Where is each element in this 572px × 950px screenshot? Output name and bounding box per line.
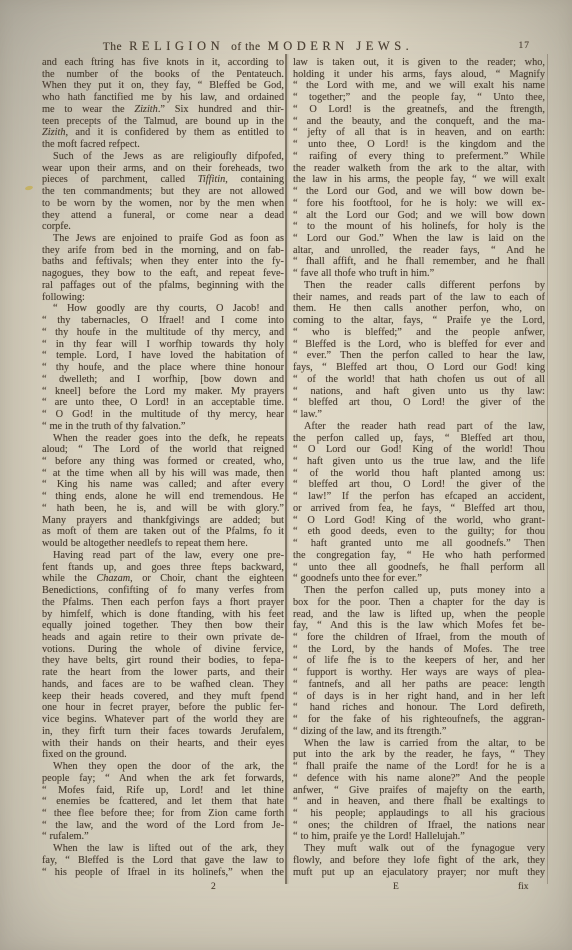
text-line: “ his people; applaudings to all his gra… xyxy=(293,808,545,820)
text-line: “ fhall affift, and he fhall remember, a… xyxy=(293,256,545,268)
text-line: “ unto thee, O Lord! is the kingdom and … xyxy=(293,139,545,151)
text-line: “ King his name was called; and after ev… xyxy=(42,479,284,491)
text-line: “ fore his footftool, for he is holy: we… xyxy=(293,198,545,210)
text-line: box for the poor. Then a chapter for the… xyxy=(293,597,545,609)
text-line: pieces of parchment, called Tiffitin, co… xyxy=(42,174,284,186)
text-line: “ haft given unto us the true law, and t… xyxy=(293,456,545,468)
text-line: “ before any thing was formed or created… xyxy=(42,456,284,468)
text-line: “ thy houfe, and the place where thine h… xyxy=(42,362,284,374)
text-line: fay, “ Bleffed is the Lord that gave the… xyxy=(42,855,284,867)
text-line: “ bleffed art thou, O Lord! the giver of… xyxy=(293,479,545,491)
text-line: corpfe. xyxy=(42,221,284,233)
text-line: “ Lord our God.” When the law is laid on… xyxy=(293,233,545,245)
text-line: while the Chazam, or Choir, chant the ei… xyxy=(42,573,284,585)
text-line: equally joined together. They then bow t… xyxy=(42,620,284,632)
text-line: “ thy tabernacles, O Ifrael! and I come … xyxy=(42,315,284,327)
text-line: the perfon called up, fays, “ Bleffed ar… xyxy=(293,433,545,445)
running-head: The RELIGION of the MODERN JEWS. xyxy=(42,37,545,55)
text-line: “ thee flee before thee; for from Zion c… xyxy=(42,808,284,820)
text-line: Such of the Jews as are religioufly difp… xyxy=(42,151,284,163)
text-line: “ O God! in the multitude of thy mercy, … xyxy=(42,409,284,421)
running-head-title-2: MODERN JEWS. xyxy=(268,39,414,53)
text-line: Then the perfon called up, puts money in… xyxy=(293,585,545,597)
text-line: or arrived from fea, he fays, “ Bleffed … xyxy=(293,503,545,515)
text-line: They muft walk out of the fynagogue very xyxy=(293,843,545,855)
text-line: “ at the time when all by his will was m… xyxy=(42,468,284,480)
text-line: “ nations, and haft given unto us thy la… xyxy=(293,386,545,398)
text-line: “ O Lord our God! King of the world! Tho… xyxy=(293,444,545,456)
text-line: “ fupport is worthy. Her ways are ways o… xyxy=(293,667,545,679)
text-line: When they put it on, they fay, “ Bleffed… xyxy=(42,80,284,92)
text-line: holding it under his arms, fays aloud, “… xyxy=(293,69,545,81)
text-line: “ me in the truth of thy falvation.” xyxy=(42,421,284,433)
text-line: in, they firft turn their faces towards … xyxy=(42,726,284,738)
text-line: the law in his arms, the people fay, “ w… xyxy=(293,174,545,186)
text-line: by himfelf, which is done ftanding, with… xyxy=(42,609,284,621)
text-line: to be worn by the women, nor by the men … xyxy=(42,198,284,210)
text-line: “ ones; the children of Ifrael, the nati… xyxy=(293,820,545,832)
text-line: ral paffages out of the pfalms, beginnin… xyxy=(42,280,284,292)
text-line: “ of days is in her right hand, and in h… xyxy=(293,691,545,703)
text-line: they attend a funeral, or come near a de… xyxy=(42,210,284,222)
text-line: “ eth good deeds, even to the guilty; fo… xyxy=(293,526,545,538)
text-line: “ enemies be fcattered, and let them tha… xyxy=(42,796,284,808)
text-line: “ Mofes faid, Rife up, Lord! and let thi… xyxy=(42,785,284,797)
text-line: “ alt the Lord our God; and we will bow … xyxy=(293,210,545,222)
text-line: Having read part of the law, every one p… xyxy=(42,550,284,562)
page-number: 17 xyxy=(519,41,531,51)
text-line: “ unto thee all goodnefs, he fhall perfo… xyxy=(293,562,545,574)
text-line: fent ftands up, and goes three fteps bac… xyxy=(42,562,284,574)
text-line: “ together;” and the people fay, “ Unto … xyxy=(293,92,545,104)
text-line: “ of life fhe is to the keepers of her, … xyxy=(293,655,545,667)
signature-mark: E xyxy=(393,882,399,892)
text-line: put into the ark by the reader, he fays,… xyxy=(293,749,545,761)
text-line: “ How goodly are thy courts, O Jacob! an… xyxy=(42,303,284,315)
text-line: their names, and reads part of the law t… xyxy=(293,292,545,304)
text-line: the Pfalms. Then each perfon fays a fhor… xyxy=(42,597,284,609)
text-line: the ten commandments; but they are not a… xyxy=(42,186,284,198)
text-line: fays, “ Bleffed art thou, O Lord our God… xyxy=(293,362,545,374)
text-line: “ fhall praife the name of the Lord! for… xyxy=(293,761,545,773)
text-line: wear upon their arms, and on their foreh… xyxy=(42,163,284,175)
text-line: muft put up an ejaculatory prayer; nor m… xyxy=(293,867,545,879)
text-line: “ dwelleth; and I worfhip, [bow down and xyxy=(42,374,284,386)
text-line: law is taken out, it is given to the rea… xyxy=(293,57,545,69)
text-line: Many prayers and thankfgivings are added… xyxy=(42,515,284,527)
text-line: “ O Lord! is the greatnefs, and the ftre… xyxy=(293,104,545,116)
text-line: altar, and unrolled, the reader fays, “ … xyxy=(293,245,545,257)
text-line: they arife from bed in the morning, and … xyxy=(42,245,284,257)
running-head-title-1: RELIGION xyxy=(129,39,224,53)
text-line: fixed on the ground. xyxy=(42,749,284,761)
text-line: the reader walketh from the ark to the a… xyxy=(293,163,545,175)
text-line: “ thing ends, alone he will end tremendo… xyxy=(42,491,284,503)
text-line: “ O Lord God! King of the world, who gra… xyxy=(293,515,545,527)
text-line: the number of the books of the Pentateuc… xyxy=(42,69,284,81)
text-line: When the reader goes into the defk, he r… xyxy=(42,433,284,445)
text-line: anfwer, “ Give praifes of majefty on the… xyxy=(293,785,545,797)
text-line: “ who is bleffed;” and the people anfwer… xyxy=(293,327,545,339)
text-line: “ bleffed art thou, O Lord! the giver of… xyxy=(293,397,545,409)
text-line: “ ever.” Then the perfon called to hear … xyxy=(293,350,545,362)
book-page: The RELIGION of the MODERN JEWS. 17 and … xyxy=(0,0,572,950)
right-margin-rule xyxy=(547,54,548,884)
text-line: Then the reader calls different perfons … xyxy=(293,280,545,292)
text-line: aloud; “ The Lord of the world that reig… xyxy=(42,444,284,456)
text-line: and each ftring has five knots in it, ac… xyxy=(42,57,284,69)
text-line: teen precepts of the Talmud, are bound u… xyxy=(42,116,284,128)
text-line: “ rufalem.” xyxy=(42,831,284,843)
text-line: After the reader hath read part of the l… xyxy=(293,421,545,433)
text-line: “ the Lord, by the hands of Mofes. The t… xyxy=(293,644,545,656)
right-column: law is taken out, it is given to the rea… xyxy=(293,57,545,878)
text-line: “ are unto thee, O Lord! in an acceptabl… xyxy=(42,397,284,409)
text-line: “ the law, and the word of the Lord from… xyxy=(42,820,284,832)
text-line: “ the Lord our God, and we will bow down… xyxy=(293,186,545,198)
paper-blemish xyxy=(25,185,34,191)
press-figure: 2 xyxy=(211,882,216,892)
text-line: “ of the world thou haft planted among u… xyxy=(293,468,545,480)
text-line: “ and the beauty, and the conqueft, and … xyxy=(293,116,545,128)
text-line: “ dizing of the law, and its ftrength.” xyxy=(293,726,545,738)
text-line: “ fantnefs, and all her paths are peace:… xyxy=(293,679,545,691)
text-line: one hour in fecret prayer, before the pu… xyxy=(42,702,284,714)
text-line: “ in thy fear will I worfhip towards thy… xyxy=(42,339,284,351)
text-line: “ and in heaven, and there fhall be exal… xyxy=(293,796,545,808)
text-line: “ of the world! that hath chofen us out … xyxy=(293,374,545,386)
text-line: nagogues, they bow to the eaft, and repe… xyxy=(42,268,284,280)
text-line: “ fave all thofe who truft in him.” xyxy=(293,268,545,280)
text-line: “ jefty of all that is in heaven, and on… xyxy=(293,127,545,139)
text-line: as moft of them are taken out of the Pfa… xyxy=(42,526,284,538)
running-head-mid: of the xyxy=(231,41,261,53)
text-line: who hath fanctified me by his law, and o… xyxy=(42,92,284,104)
text-line: heads and again retire to their own priv… xyxy=(42,632,284,644)
text-line: coming to the altar, fays, “ Praife ye t… xyxy=(293,315,545,327)
text-line: “ the Lord with me, and we will exalt hi… xyxy=(293,80,545,92)
text-line: flowly, and before they lofe fight of th… xyxy=(293,855,545,867)
text-line: “ his people of Ifrael in its holinefs,”… xyxy=(42,867,284,879)
column-divider-rule xyxy=(285,54,287,884)
text-line: would be altogether needlefs to repeat t… xyxy=(42,538,284,550)
text-line: vice begins. Whatever part of the world … xyxy=(42,714,284,726)
text-line: the moft facred refpect. xyxy=(42,139,284,151)
text-line: “ defence with his name alone?” And the … xyxy=(293,773,545,785)
text-line: When the law is carried from the altar, … xyxy=(293,738,545,750)
text-line: The Jews are enjoined to praife God as f… xyxy=(42,233,284,245)
text-line: the congregation fay, “ He who hath perf… xyxy=(293,550,545,562)
text-line: votions. During the whole of divine ferv… xyxy=(42,644,284,656)
text-line: “ for the fake of his righteoufnefs, the… xyxy=(293,714,545,726)
text-line: me to wear the Zizith.” Six hundred and … xyxy=(42,104,284,116)
text-line: “ goodnefs unto thee for ever.” xyxy=(293,573,545,585)
text-line: fay, “ And this is the law which Mofes f… xyxy=(293,620,545,632)
running-head-lead: The xyxy=(103,41,122,53)
text-line: “ kneel] before the Lord my maker. My pr… xyxy=(42,386,284,398)
text-line: read, and the law is lifted up, when the… xyxy=(293,609,545,621)
left-column: and each ftring has five knots in it, ac… xyxy=(42,57,284,878)
text-line: When the law is lifted out of the ark, t… xyxy=(42,843,284,855)
text-line: baths and feftivals; when they enter int… xyxy=(42,256,284,268)
text-line: people fay; “ And when the ark fet forwa… xyxy=(42,773,284,785)
text-line: “ to him, praife ye the Lord! Hallelujah… xyxy=(293,831,545,843)
text-line: “ to the mount of his holinefs, for holy… xyxy=(293,221,545,233)
text-line: When they open the door of the ark, the xyxy=(42,761,284,773)
text-line: “ fore the children of Ifrael, from the … xyxy=(293,632,545,644)
text-line: “ thy houfe in the multitude of thy merc… xyxy=(42,327,284,339)
text-line: “ hath been, he is, and will be with glo… xyxy=(42,503,284,515)
text-line: Zizith, and it is confidered by them as … xyxy=(42,127,284,139)
text-line: “ haft granted unto me all goodnefs.” Th… xyxy=(293,538,545,550)
text-line: “ Bleffed is the Lord, who is bleffed fo… xyxy=(293,339,545,351)
text-line: “ hand riches and honour. The Lord defir… xyxy=(293,702,545,714)
text-line: “ law.” xyxy=(293,409,545,421)
text-line: “ temple. Lord, I have loved the habitat… xyxy=(42,350,284,362)
text-line: with their hands on their hearts, and th… xyxy=(42,738,284,750)
text-line: Benedictions, confifting of fo many verf… xyxy=(42,585,284,597)
text-line: they have belts, girt round their bodies… xyxy=(42,655,284,667)
text-line: following: xyxy=(42,292,284,304)
catchword: fix xyxy=(518,882,529,892)
text-line: “ raifing of every thing to preferment.”… xyxy=(293,151,545,163)
text-line: hands, and faces are to be wafhed clean.… xyxy=(42,679,284,691)
text-line: them. He then calls another perfon, who,… xyxy=(293,303,545,315)
text-line: “ law!” If the perfon has efcaped an acc… xyxy=(293,491,545,503)
text-line: keep their heads covered, and they muft … xyxy=(42,691,284,703)
text-line: rate the heart from the lower parts, and… xyxy=(42,667,284,679)
